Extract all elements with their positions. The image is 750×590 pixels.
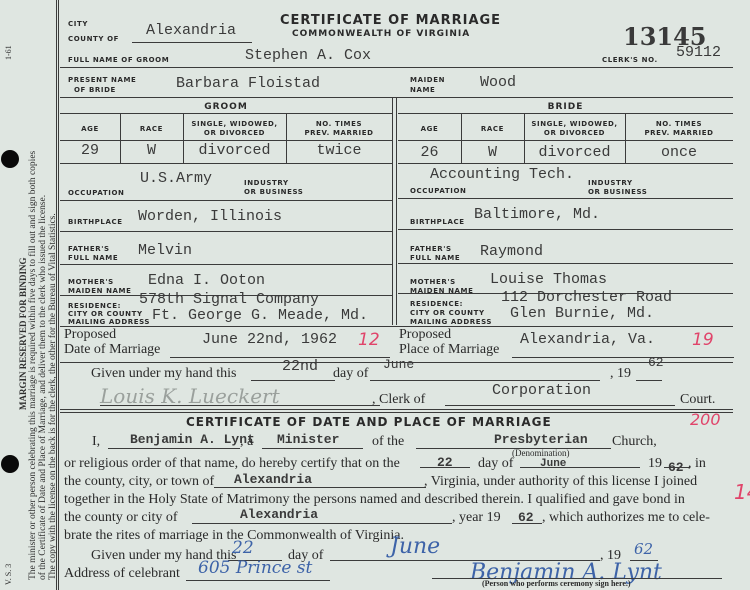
bride-residence-line2: Glen Burnie, Md. [510, 305, 654, 322]
county-label: COUNTY OF [68, 35, 119, 44]
bond-city: Alexandria [240, 507, 318, 522]
bride-age: 26 [398, 144, 461, 161]
bride-status: divorced [524, 144, 625, 161]
groom-age: 29 [60, 142, 120, 159]
groom-header: GROOM [60, 102, 392, 112]
certificate2-title: CERTIFICATE OF DATE AND PLACE OF MARRIAG… [186, 415, 552, 429]
license-year: 62 [648, 355, 664, 370]
celebrant-address-handwritten: 605 Prince st [198, 558, 312, 578]
bride-times-married: once [625, 144, 733, 161]
form-code: 1-61 [4, 45, 14, 60]
red-annotation-200: 200 [690, 410, 721, 429]
bride-mother: Louise Thomas [490, 271, 607, 288]
groom-residence-line2: Ft. George G. Meade, Md. [152, 307, 368, 324]
groom-birthplace: Worden, Illinois [138, 208, 282, 225]
form-id: V. S. 3 [4, 564, 14, 585]
maiden-name-label: MAIDEN [410, 76, 445, 85]
clerks-no-value: 59112 [676, 44, 721, 61]
groom-father: Melvin [138, 242, 192, 259]
margin-divider [58, 0, 59, 590]
city-label: CITY [68, 20, 88, 29]
groom-occupation: U.S.Army [140, 170, 212, 187]
given-day-handwritten: 22 [232, 538, 254, 558]
license-month: June [383, 357, 414, 372]
denomination: Presbyterian [494, 432, 588, 447]
marriage-town: Alexandria [234, 472, 312, 487]
marriage-month: June [540, 458, 566, 470]
proposed-date-label: Proposed Date of Marriage [64, 327, 160, 357]
red-annotation-12: 12 [358, 330, 380, 350]
groom-name-value: Stephen A. Cox [245, 47, 371, 64]
given-year-handwritten: 62 [634, 540, 653, 558]
bride-birthplace: Baltimore, Md. [474, 206, 600, 223]
margin-instruction-2: of the Certificate of Date and Place of … [38, 195, 48, 580]
groom-status: divorced [183, 142, 286, 159]
given-month-handwritten: June [390, 534, 440, 559]
certificate-subtitle: COMMONWEALTH OF VIRGINIA [292, 29, 470, 39]
proposed-place-value: Alexandria, Va. [520, 331, 655, 348]
proposed-place-label: Proposed Place of Marriage [399, 327, 499, 357]
groom-residence-line1: 578th Signal Company [139, 291, 319, 308]
bride-father: Raymond [480, 243, 543, 260]
certificate-title: CERTIFICATE OF MARRIAGE [280, 13, 501, 28]
bride-name-label: PRESENT NAME [68, 76, 136, 85]
groom-race: W [120, 142, 183, 159]
binding-margin: 1-61 V. S. 3 MARGIN RESERVED FOR BINDING… [0, 0, 56, 590]
margin-heading: MARGIN RESERVED FOR BINDING [18, 258, 28, 410]
clerks-no-label: CLERK'S NO. [602, 56, 658, 65]
groom-mother: Edna I. Ooton [148, 272, 265, 289]
license-day: 22nd [282, 358, 318, 375]
red-annotation-14: 14 [734, 480, 750, 504]
clerk-court-name: Corporation [492, 382, 591, 399]
red-annotation-19: 19 [692, 330, 714, 350]
license-given-label: Given under my hand this [91, 366, 236, 382]
bride-name-value: Barbara Floistad [176, 75, 320, 92]
margin-divider [56, 0, 57, 590]
officiant-title: Minister [277, 432, 339, 447]
bride-occupation: Accounting Tech. [430, 166, 574, 183]
bride-header: BRIDE [398, 102, 733, 112]
bride-residence-line1: 112 Dorchester Road [501, 289, 672, 306]
margin-instruction-1: The minister or other person celebrating… [28, 151, 38, 580]
maiden-name-value: Wood [480, 74, 516, 91]
groom-name-label: FULL NAME OF GROOM [68, 56, 169, 65]
county-value: Alexandria [146, 22, 236, 39]
binding-hole-icon [1, 150, 19, 168]
officiant-name: Benjamin A. Lynt [130, 432, 255, 447]
proposed-date-value: June 22nd, 1962 [202, 331, 337, 348]
groom-times-married: twice [286, 142, 392, 159]
binding-hole-icon [1, 455, 19, 473]
bride-race: W [461, 144, 524, 161]
